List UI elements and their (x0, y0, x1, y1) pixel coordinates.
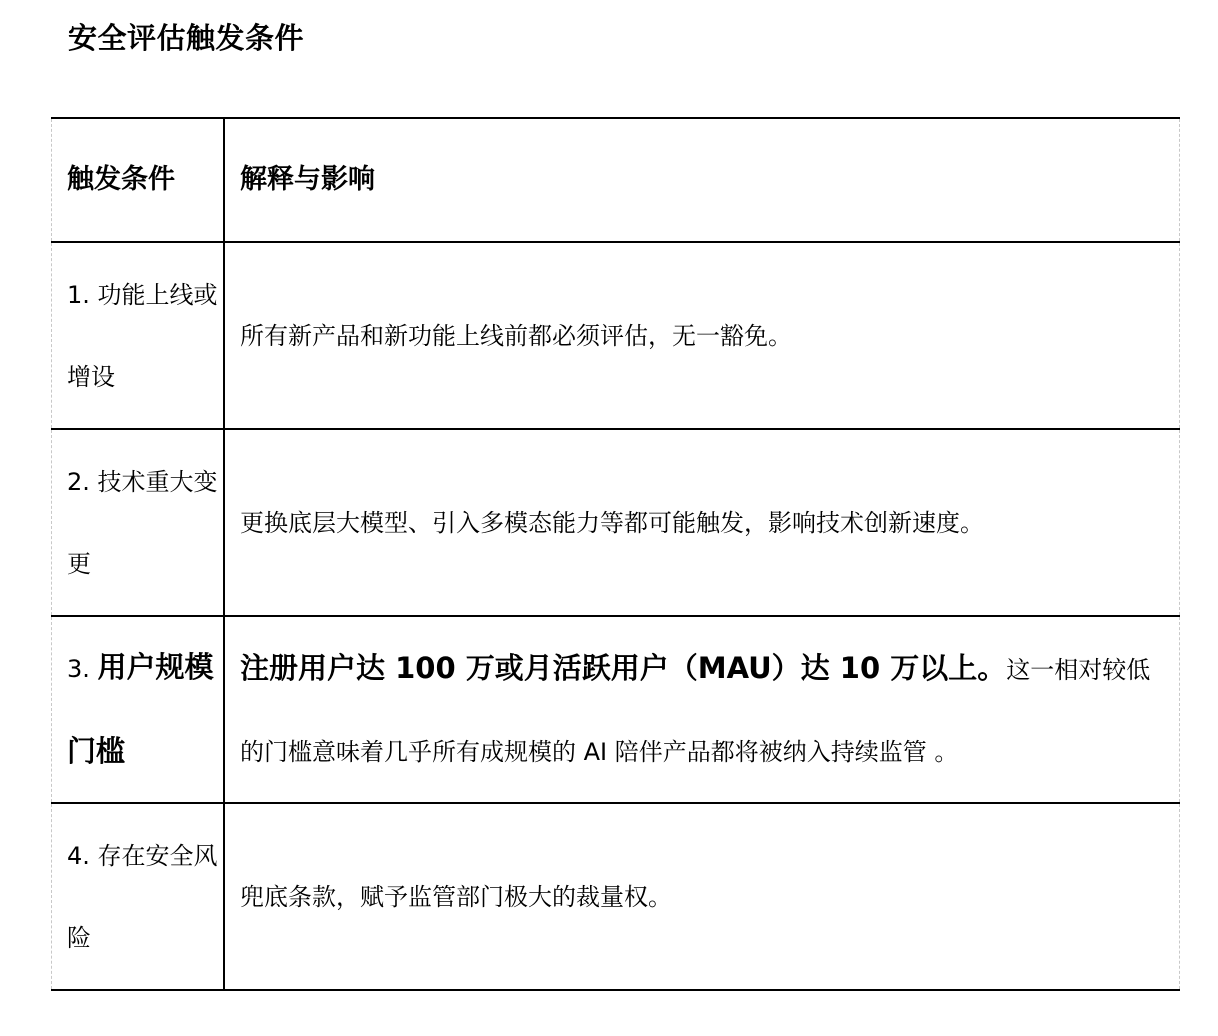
explanation-bold-text: 注册用户达 100 万或月活跃用户（MAU）达 10 万以上。 (240, 651, 1006, 685)
section-title: 安全评估触发条件 (68, 16, 304, 57)
header-explanation: 解释与影响 (224, 118, 1180, 242)
table-header-row: 触发条件 解释与影响 (52, 118, 1180, 242)
explanation-cell: 注册用户达 100 万或月活跃用户（MAU）达 10 万以上。这一相对较低的门槛… (224, 616, 1180, 803)
condition-cell: 3. 用户规模门槛 (52, 616, 225, 803)
table-row: 1. 功能上线或增设 所有新产品和新功能上线前都必须评估，无一豁免。 (52, 242, 1180, 429)
condition-cell: 2. 技术重大变更 (52, 429, 225, 616)
table-row: 3. 用户规模门槛 注册用户达 100 万或月活跃用户（MAU）达 10 万以上… (52, 616, 1180, 803)
table-row: 4. 存在安全风险 兜底条款，赋予监管部门极大的裁量权。 (52, 803, 1180, 990)
trigger-conditions-table: 触发条件 解释与影响 1. 功能上线或增设 所有新产品和新功能上线前都必须评估，… (51, 117, 1180, 991)
table-row: 2. 技术重大变更 更换底层大模型、引入多模态能力等都可能触发，影响技术创新速度… (52, 429, 1180, 616)
condition-cell: 4. 存在安全风险 (52, 803, 225, 990)
condition-cell: 1. 功能上线或增设 (52, 242, 225, 429)
explanation-cell: 更换底层大模型、引入多模态能力等都可能触发，影响技术创新速度。 (224, 429, 1180, 616)
explanation-cell: 所有新产品和新功能上线前都必须评估，无一豁免。 (224, 242, 1180, 429)
header-condition: 触发条件 (52, 118, 225, 242)
condition-number: 3. (67, 655, 98, 683)
explanation-cell: 兜底条款，赋予监管部门极大的裁量权。 (224, 803, 1180, 990)
